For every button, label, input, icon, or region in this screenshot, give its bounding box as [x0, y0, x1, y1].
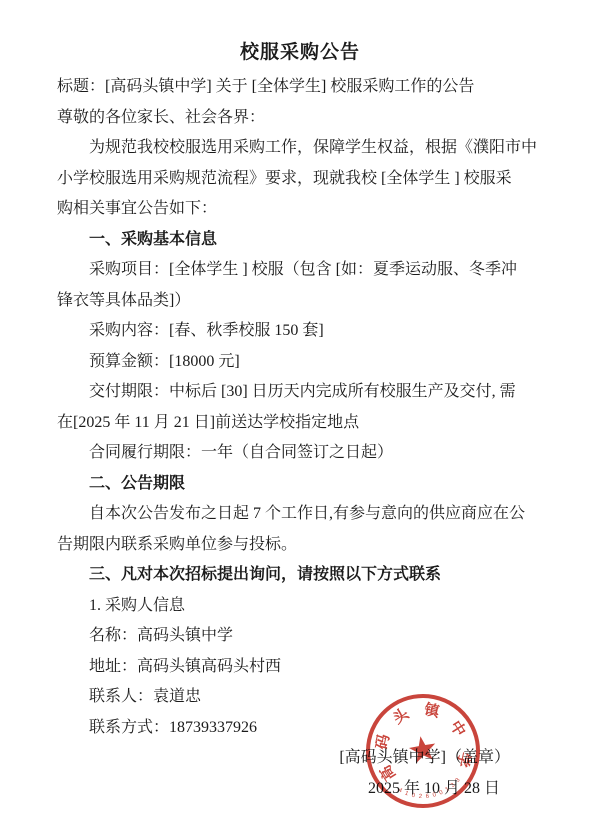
document-line: 一、采购基本信息: [57, 225, 555, 256]
document-line: 预算金额：[18000 元]: [57, 347, 555, 378]
document-line: [高码头镇中学]（盖章）: [57, 743, 555, 774]
document-line: 为规范我校校服选用采购工作，保障学生权益，根据《濮阳市中: [57, 133, 555, 164]
document-line: 采购项目：[全体学生 ] 校服（包含 [如：夏季运动服、冬季冲: [57, 255, 555, 286]
document-line: 尊敬的各位家长、社会各界：: [57, 103, 555, 134]
document-line: 2025 年 10 月 28 日: [57, 774, 555, 805]
document-line: 三、凡对本次招标提出询问，请按照以下方式联系: [57, 560, 555, 591]
document-line: 锋衣等具体品类]）: [57, 286, 555, 317]
document-line: 联系方式：18739337926: [57, 713, 555, 744]
document-title: 校服采购公告: [0, 37, 600, 64]
document-line: 合同履行期限：一年（自合同签订之日起）: [57, 438, 555, 469]
document-line: 地址：高码头镇高码头村西: [57, 652, 555, 683]
document-page: 校服采购公告 标题：[高码头镇中学] 关于 [全体学生] 校服采购工作的公告尊敬…: [0, 0, 600, 819]
document-line: 采购内容：[春、秋季校服 150 套]: [57, 316, 555, 347]
document-line: 自本次公告发布之日起 7 个工作日,有参与意向的供应商应在公: [57, 499, 555, 530]
document-line: 名称：高码头镇中学: [57, 621, 555, 652]
document-line: 1. 采购人信息: [57, 591, 555, 622]
document-line: 联系人：袁道忠: [57, 682, 555, 713]
document-body: 标题：[高码头镇中学] 关于 [全体学生] 校服采购工作的公告尊敬的各位家长、社…: [57, 72, 555, 804]
document-line: 交付期限：中标后 [30] 日历天内完成所有校服生产及交付, 需: [57, 377, 555, 408]
document-line: 二、公告期限: [57, 469, 555, 500]
document-line: 告期限内联系采购单位参与投标。: [57, 530, 555, 561]
document-line: 标题：[高码头镇中学] 关于 [全体学生] 校服采购工作的公告: [57, 72, 555, 103]
document-line: 小学校服选用采购规范流程》要求，现就我校 [全体学生 ] 校服采: [57, 164, 555, 195]
document-line: 在[2025 年 11 月 21 日]前送达学校指定地点: [57, 408, 555, 439]
document-line: 购相关事宜公告如下：: [57, 194, 555, 225]
